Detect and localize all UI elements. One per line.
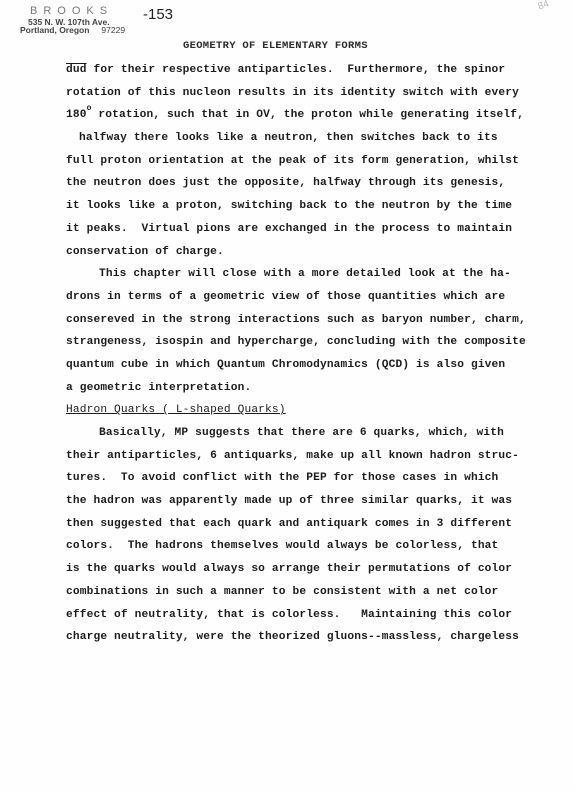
stamp-zip: 97229 bbox=[101, 25, 125, 35]
stamp-city: Portland, Oregon bbox=[20, 25, 89, 35]
text-line: full proton orientation at the peak of i… bbox=[66, 150, 526, 173]
text-line: effect of neutrality, that is colorless.… bbox=[66, 604, 526, 627]
text-line: tures. To avoid conflict with the PEP fo… bbox=[66, 467, 526, 490]
text-line: Basically, MP suggests that there are 6 … bbox=[66, 422, 526, 445]
text-line: strangeness, isospin and hypercharge, co… bbox=[66, 331, 526, 354]
text-line: drons in terms of a geometric view of th… bbox=[66, 286, 526, 309]
text-line: it peaks. Virtual pions are exchanged in… bbox=[66, 218, 526, 241]
section-heading-line: Hadron Quarks ( L-shaped Quarks) bbox=[66, 399, 526, 422]
text-line: halfway there looks like a neutron, then… bbox=[66, 127, 526, 150]
text-line: it looks like a proton, switching back t… bbox=[66, 195, 526, 218]
stamp-city-line: Portland, Oregon97229 bbox=[20, 26, 125, 35]
address-stamp: BROOKS 535 N. W. 107th Ave. Portland, Or… bbox=[20, 6, 125, 35]
section-heading: Hadron Quarks ( L-shaped Quarks) bbox=[66, 404, 286, 416]
text-line: dud for their respective antiparticles. … bbox=[66, 59, 526, 82]
text-line: then suggested that each quark and antiq… bbox=[66, 513, 526, 536]
handwritten-corner-mark: 84 bbox=[536, 0, 550, 13]
text-line: This chapter will close with a more deta… bbox=[66, 263, 526, 286]
text-line: consereved in the strong interactions su… bbox=[66, 309, 526, 332]
text-line: is the quarks would always so arrange th… bbox=[66, 558, 526, 581]
degree-symbol: o bbox=[87, 104, 92, 113]
text-line: their antiparticles, 6 antiquarks, make … bbox=[66, 445, 526, 468]
document-body: dud for their respective antiparticles. … bbox=[66, 59, 526, 649]
handwritten-page-number: -153 bbox=[143, 6, 173, 23]
text-line: conservation of charge. bbox=[66, 241, 526, 264]
text-line: combinations in such a manner to be cons… bbox=[66, 581, 526, 604]
text-line: quantum cube in which Quantum Chromodyna… bbox=[66, 354, 526, 377]
overlined-word: dud bbox=[66, 64, 87, 76]
text-line: 180o rotation, such that in OV, the prot… bbox=[66, 104, 526, 127]
document-page: BROOKS 535 N. W. 107th Ave. Portland, Or… bbox=[0, 0, 575, 791]
text-line: a geometric interpretation. bbox=[66, 377, 526, 400]
text-line: rotation of this nucleon results in its … bbox=[66, 82, 526, 105]
text-line: the neutron does just the opposite, half… bbox=[66, 172, 526, 195]
text-line: charge neutrality, were the theorized gl… bbox=[66, 626, 526, 649]
text-line: colors. The hadrons themselves would alw… bbox=[66, 535, 526, 558]
text-line: the hadron was apparently made up of thr… bbox=[66, 490, 526, 513]
stamp-name: BROOKS bbox=[20, 6, 125, 18]
document-title: GEOMETRY OF ELEMENTARY FORMS bbox=[183, 40, 368, 52]
